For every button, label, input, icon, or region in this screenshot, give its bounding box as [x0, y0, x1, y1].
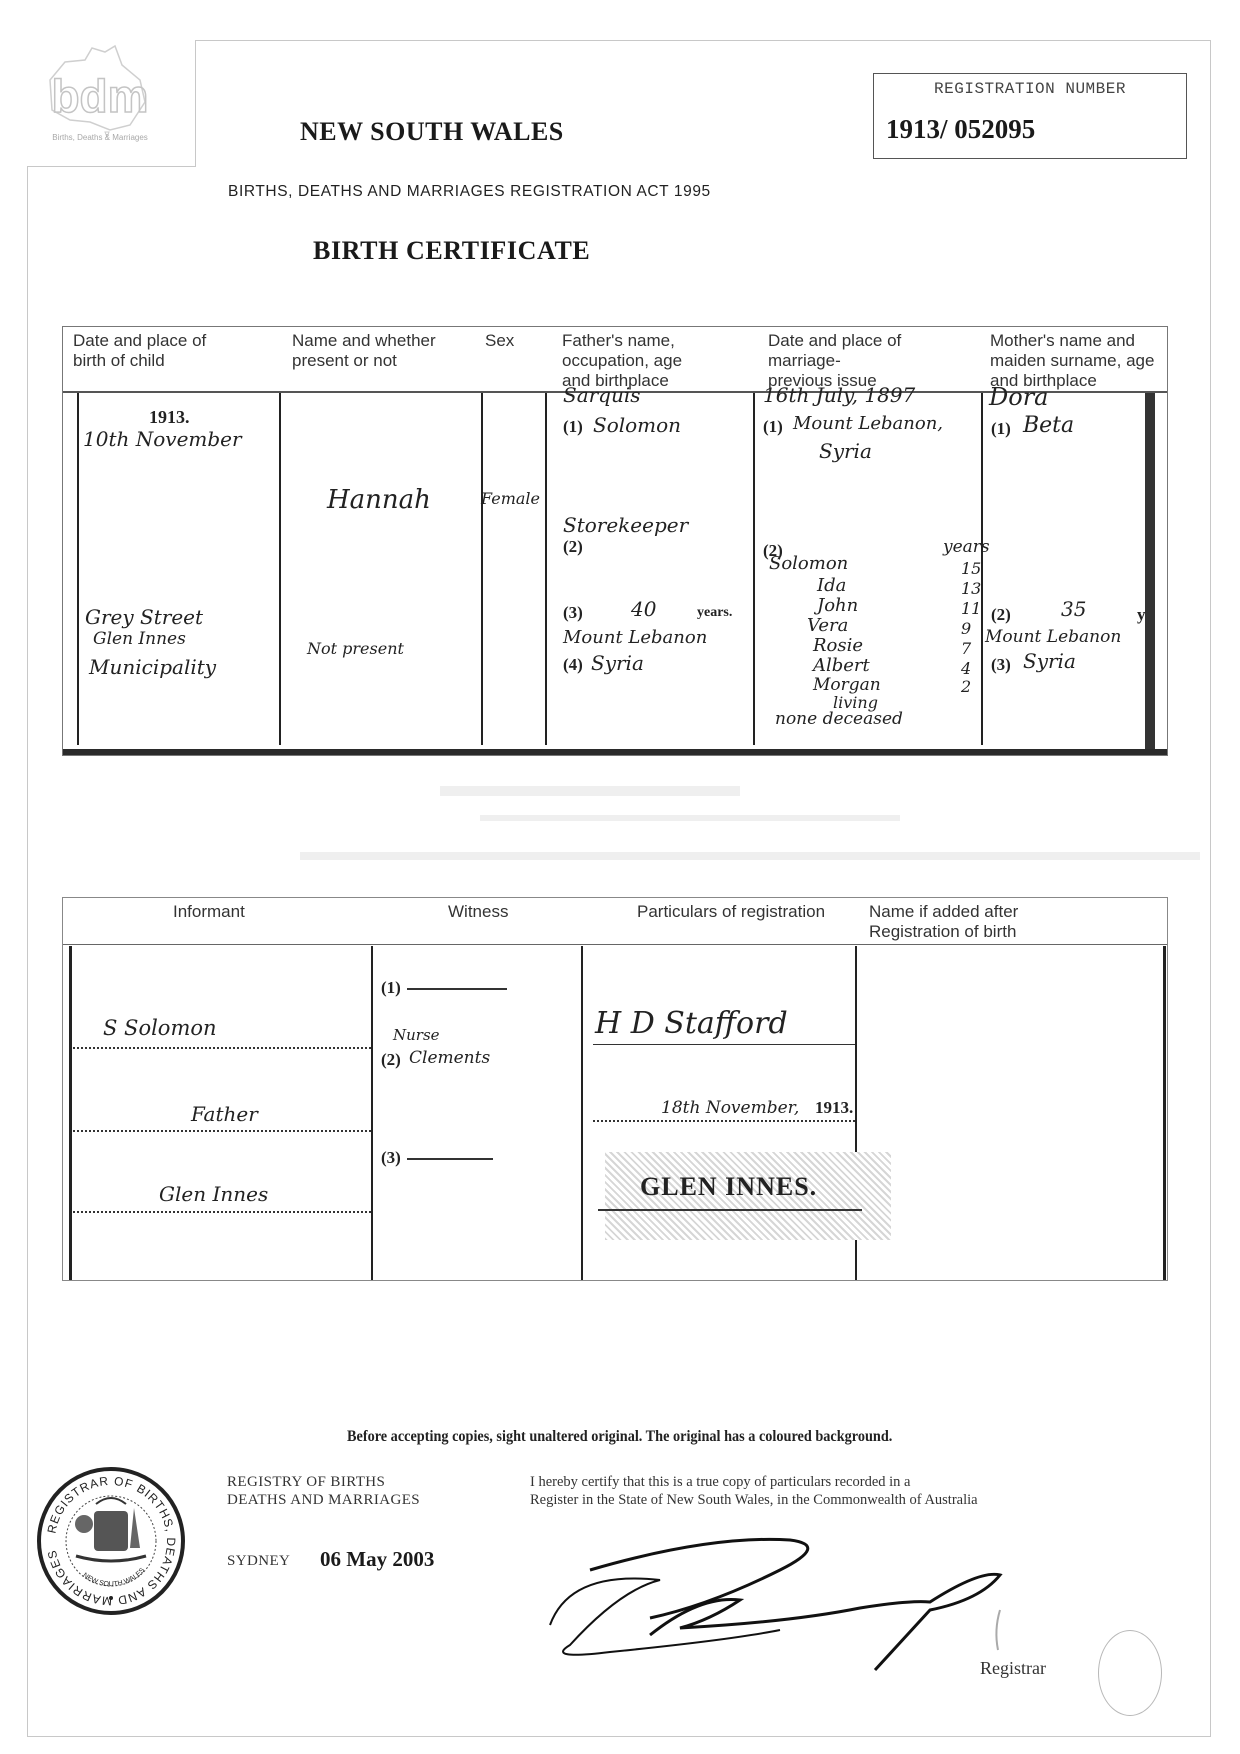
marriage-place-1: Mount Lebanon, — [793, 413, 943, 434]
svg-text:NEW SOUTH WALES: NEW SOUTH WALES — [81, 1567, 146, 1589]
registrar-seal: REGISTRAR OF BIRTHS, DEATHS AND MARRIAGE… — [36, 1466, 186, 1616]
mother-marker-2: (2) — [991, 605, 1011, 625]
australia-map-icon: bdm — [30, 40, 170, 140]
column-divider — [279, 393, 281, 745]
header-father: Father's name, occupation, age and birth… — [562, 331, 752, 391]
registrar-label: Registrar — [980, 1658, 1046, 1679]
issue-name: Rosie — [813, 635, 863, 656]
father-birthplace-2: Syria — [591, 651, 644, 675]
svg-text:bdm: bdm — [51, 70, 148, 122]
authenticity-warning: Before accepting copies, sight unaltered… — [347, 1428, 892, 1446]
father-birthplace-1: Mount Lebanon — [563, 627, 707, 648]
column-divider — [371, 946, 373, 1280]
father-marker-2: (2) — [563, 537, 583, 557]
father-given-name: Sarquis — [563, 383, 641, 407]
header-name-added: Name if added after Registration of birt… — [869, 902, 1018, 942]
frame-left — [27, 166, 28, 1736]
birth-place-town: Glen Innes — [93, 629, 186, 649]
informant-residence: Glen Innes — [159, 1182, 268, 1206]
mother-age-unit: y — [1137, 605, 1146, 625]
witness-marker-3: (3) — [381, 1148, 401, 1168]
logo-caption: Births, Deaths & Marriages — [30, 133, 170, 142]
column-divider — [581, 946, 583, 1280]
header-sex: Sex — [485, 331, 535, 351]
witness-marker-2: (2) — [381, 1050, 401, 1070]
witness-marker-1: (1) — [381, 978, 401, 998]
certificate-title: BIRTH CERTIFICATE — [313, 236, 590, 266]
table-bottom-rule — [63, 749, 1167, 755]
frame-notch-horizontal — [27, 166, 196, 167]
mother-marker-3: (3) — [991, 655, 1011, 675]
father-marker-4: (4) — [563, 655, 583, 675]
birth-place-municipality: Municipality — [89, 655, 216, 679]
father-occupation: Storekeeper — [563, 513, 688, 537]
column-divider — [69, 946, 72, 1280]
issue-age: 9 — [961, 619, 971, 638]
header-witness: Witness — [448, 902, 508, 922]
registry-line-2: DEATHS AND MARRIAGES — [227, 1491, 420, 1509]
father-surname: Solomon — [593, 413, 681, 437]
header-name-presence: Name and whether present or not — [292, 331, 482, 371]
informant-relation: Father — [191, 1102, 258, 1126]
informant-residence-line — [73, 1211, 371, 1213]
header-date-place: Date and place of birth of child — [73, 331, 273, 371]
issue-name: Ida — [817, 575, 846, 596]
father-marker-3: (3) — [563, 603, 583, 623]
registration-number-label: REGISTRATION NUMBER — [874, 80, 1186, 98]
header-mother: Mother's name and maiden surname, age an… — [990, 331, 1180, 391]
mother-birthplace-1: Mount Lebanon — [985, 627, 1121, 647]
witness-2-role: Nurse — [393, 1026, 440, 1044]
issue-name: John — [817, 595, 858, 616]
issue-name: Morgan — [813, 675, 881, 695]
mother-maiden-surname: Beta — [1023, 413, 1074, 438]
registration-number-box: REGISTRATION NUMBER 1913/ 052095 — [873, 73, 1187, 159]
column-divider — [753, 393, 755, 745]
frame-notch-vertical — [195, 40, 196, 166]
birth-particulars-table: Date and place of birth of child Name an… — [62, 326, 1168, 756]
marriage-marker-1: (1) — [763, 417, 783, 437]
issue-name: Albert — [813, 655, 870, 676]
issue-age: 4 — [961, 659, 971, 678]
ghost-print — [480, 815, 900, 821]
child-name: Hannah — [327, 485, 431, 515]
frame-top — [195, 40, 1210, 41]
issue-date: 06 May 2003 — [320, 1547, 434, 1572]
issue-age: 11 — [961, 599, 981, 618]
act-line: BIRTHS, DEATHS AND MARRIAGES REGISTRATIO… — [228, 183, 711, 201]
issue-city: SYDNEY — [227, 1553, 290, 1570]
signature-line — [593, 1044, 855, 1045]
date-line — [593, 1120, 855, 1122]
place-line — [598, 1209, 862, 1211]
registration-place-stamp: GLEN INNES. — [640, 1172, 817, 1202]
witness-1-blank — [407, 988, 507, 990]
issue-age: 7 — [961, 639, 971, 658]
certify-line-1: I hereby certify that this is a true cop… — [530, 1473, 978, 1491]
frame-bottom — [27, 1736, 1211, 1737]
mother-birthplace-2: Syria — [1023, 649, 1076, 673]
informant-name: S Solomon — [103, 1016, 217, 1040]
column-divider — [1163, 946, 1166, 1280]
child-presence: Not present — [307, 639, 404, 658]
registry-name: REGISTRY OF BIRTHS DEATHS AND MARRIAGES — [227, 1473, 420, 1509]
column-divider — [545, 393, 547, 745]
column-divider — [481, 393, 483, 745]
father-age-unit: years. — [697, 605, 732, 621]
column-divider — [77, 393, 79, 745]
coat-of-arms-icon: REGISTRAR OF BIRTHS, DEATHS AND MARRIAGE… — [36, 1466, 186, 1616]
registration-year: 1913. — [815, 1098, 853, 1118]
issue-deceased-note: none deceased — [775, 709, 903, 729]
mother-name: Dora — [989, 383, 1048, 411]
embossed-ring — [1098, 1630, 1162, 1716]
marriage-place-2: Syria — [819, 439, 872, 463]
registration-table-header: Informant Witness Particulars of registr… — [63, 898, 1167, 945]
informant-relation-line — [73, 1130, 371, 1132]
header-particulars: Particulars of registration — [637, 902, 825, 922]
mother-age: 35 — [1061, 597, 1086, 621]
ghost-print — [300, 852, 1200, 860]
state-title: NEW SOUTH WALES — [300, 117, 564, 147]
ghost-print — [440, 786, 740, 796]
bdm-logo: bdm — [30, 40, 170, 140]
issue-years-label: years — [943, 537, 990, 557]
issue-age: 13 — [961, 579, 981, 598]
frame-right — [1210, 40, 1211, 1736]
certification-statement: I hereby certify that this is a true cop… — [530, 1473, 978, 1509]
birth-date: 10th November — [83, 427, 242, 451]
header-marriage: Date and place of marriage- previous iss… — [768, 331, 958, 391]
issue-age: 2 — [961, 677, 971, 696]
district-registrar-signature: H D Stafford — [595, 1006, 788, 1041]
mother-marker-1: (1) — [991, 419, 1011, 439]
birth-place-street: Grey Street — [85, 605, 203, 629]
registration-number-value: 1913/ 052095 — [886, 114, 1035, 145]
registration-date: 18th November, — [661, 1098, 799, 1118]
birth-year: 1913. — [149, 407, 190, 428]
witness-2-name: Clements — [409, 1048, 490, 1068]
father-marker-1: (1) — [563, 417, 583, 437]
child-sex: Female — [481, 489, 540, 508]
issue-name: Solomon — [769, 553, 848, 574]
father-age: 40 — [631, 597, 656, 621]
issue-name: Vera — [807, 615, 848, 636]
issue-age: 15 — [961, 559, 981, 578]
scan-edge-bar — [1145, 393, 1155, 755]
header-informant: Informant — [173, 902, 245, 922]
marriage-date: 16th July, 1897 — [763, 383, 915, 407]
informant-name-line — [73, 1047, 371, 1049]
certify-line-2: Register in the State of New South Wales… — [530, 1491, 978, 1509]
witness-3-blank — [407, 1158, 493, 1160]
registry-line-1: REGISTRY OF BIRTHS — [227, 1473, 420, 1491]
